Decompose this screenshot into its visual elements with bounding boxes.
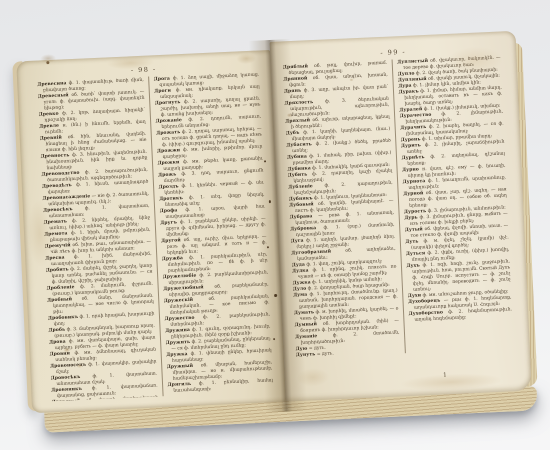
dictionary-entry: Духъ ф. 1. ոգի, հոգի. շունչ. քաջութիւն, …: [406, 258, 511, 293]
text-column: Дряблый об. թոյլ, փուխր, թառամ. ծերացեալ…: [283, 59, 405, 358]
right-page: - 99 - Дряблый об. թոյլ, փուխր, թառամ. ծ…: [270, 31, 532, 402]
open-book: - 98 - Древесина ф. 1. փայտանիւթ, ծառի մ…: [16, 31, 532, 421]
signature-mark: 1: [435, 372, 455, 379]
text-column: Древесина ф. 1. փայտանիւթ, ծառի միսն, բն…: [37, 77, 163, 402]
photo-background: - 98 - Древесина ф. 1. փայտանիւթ, ծառի մ…: [0, 0, 550, 450]
text-column: Дрога ф. 1. ձող սայլի, միջաձող կառաց. զս…: [148, 72, 273, 402]
left-page-text-block: Древесина ф. 1. փայտանիւթ, ծառի միսն, բն…: [37, 72, 273, 402]
text-column: Дуплистый об. փչակաւոր, ծակոտկէն. — тое …: [392, 55, 514, 354]
right-page-text-block: Дряблый об. թոյլ, փուխր, թառամ. ծերացեալ…: [283, 55, 515, 387]
left-page: - 98 - Древесина ф. 1. փայտանիւթ, ծառի մ…: [16, 50, 286, 413]
